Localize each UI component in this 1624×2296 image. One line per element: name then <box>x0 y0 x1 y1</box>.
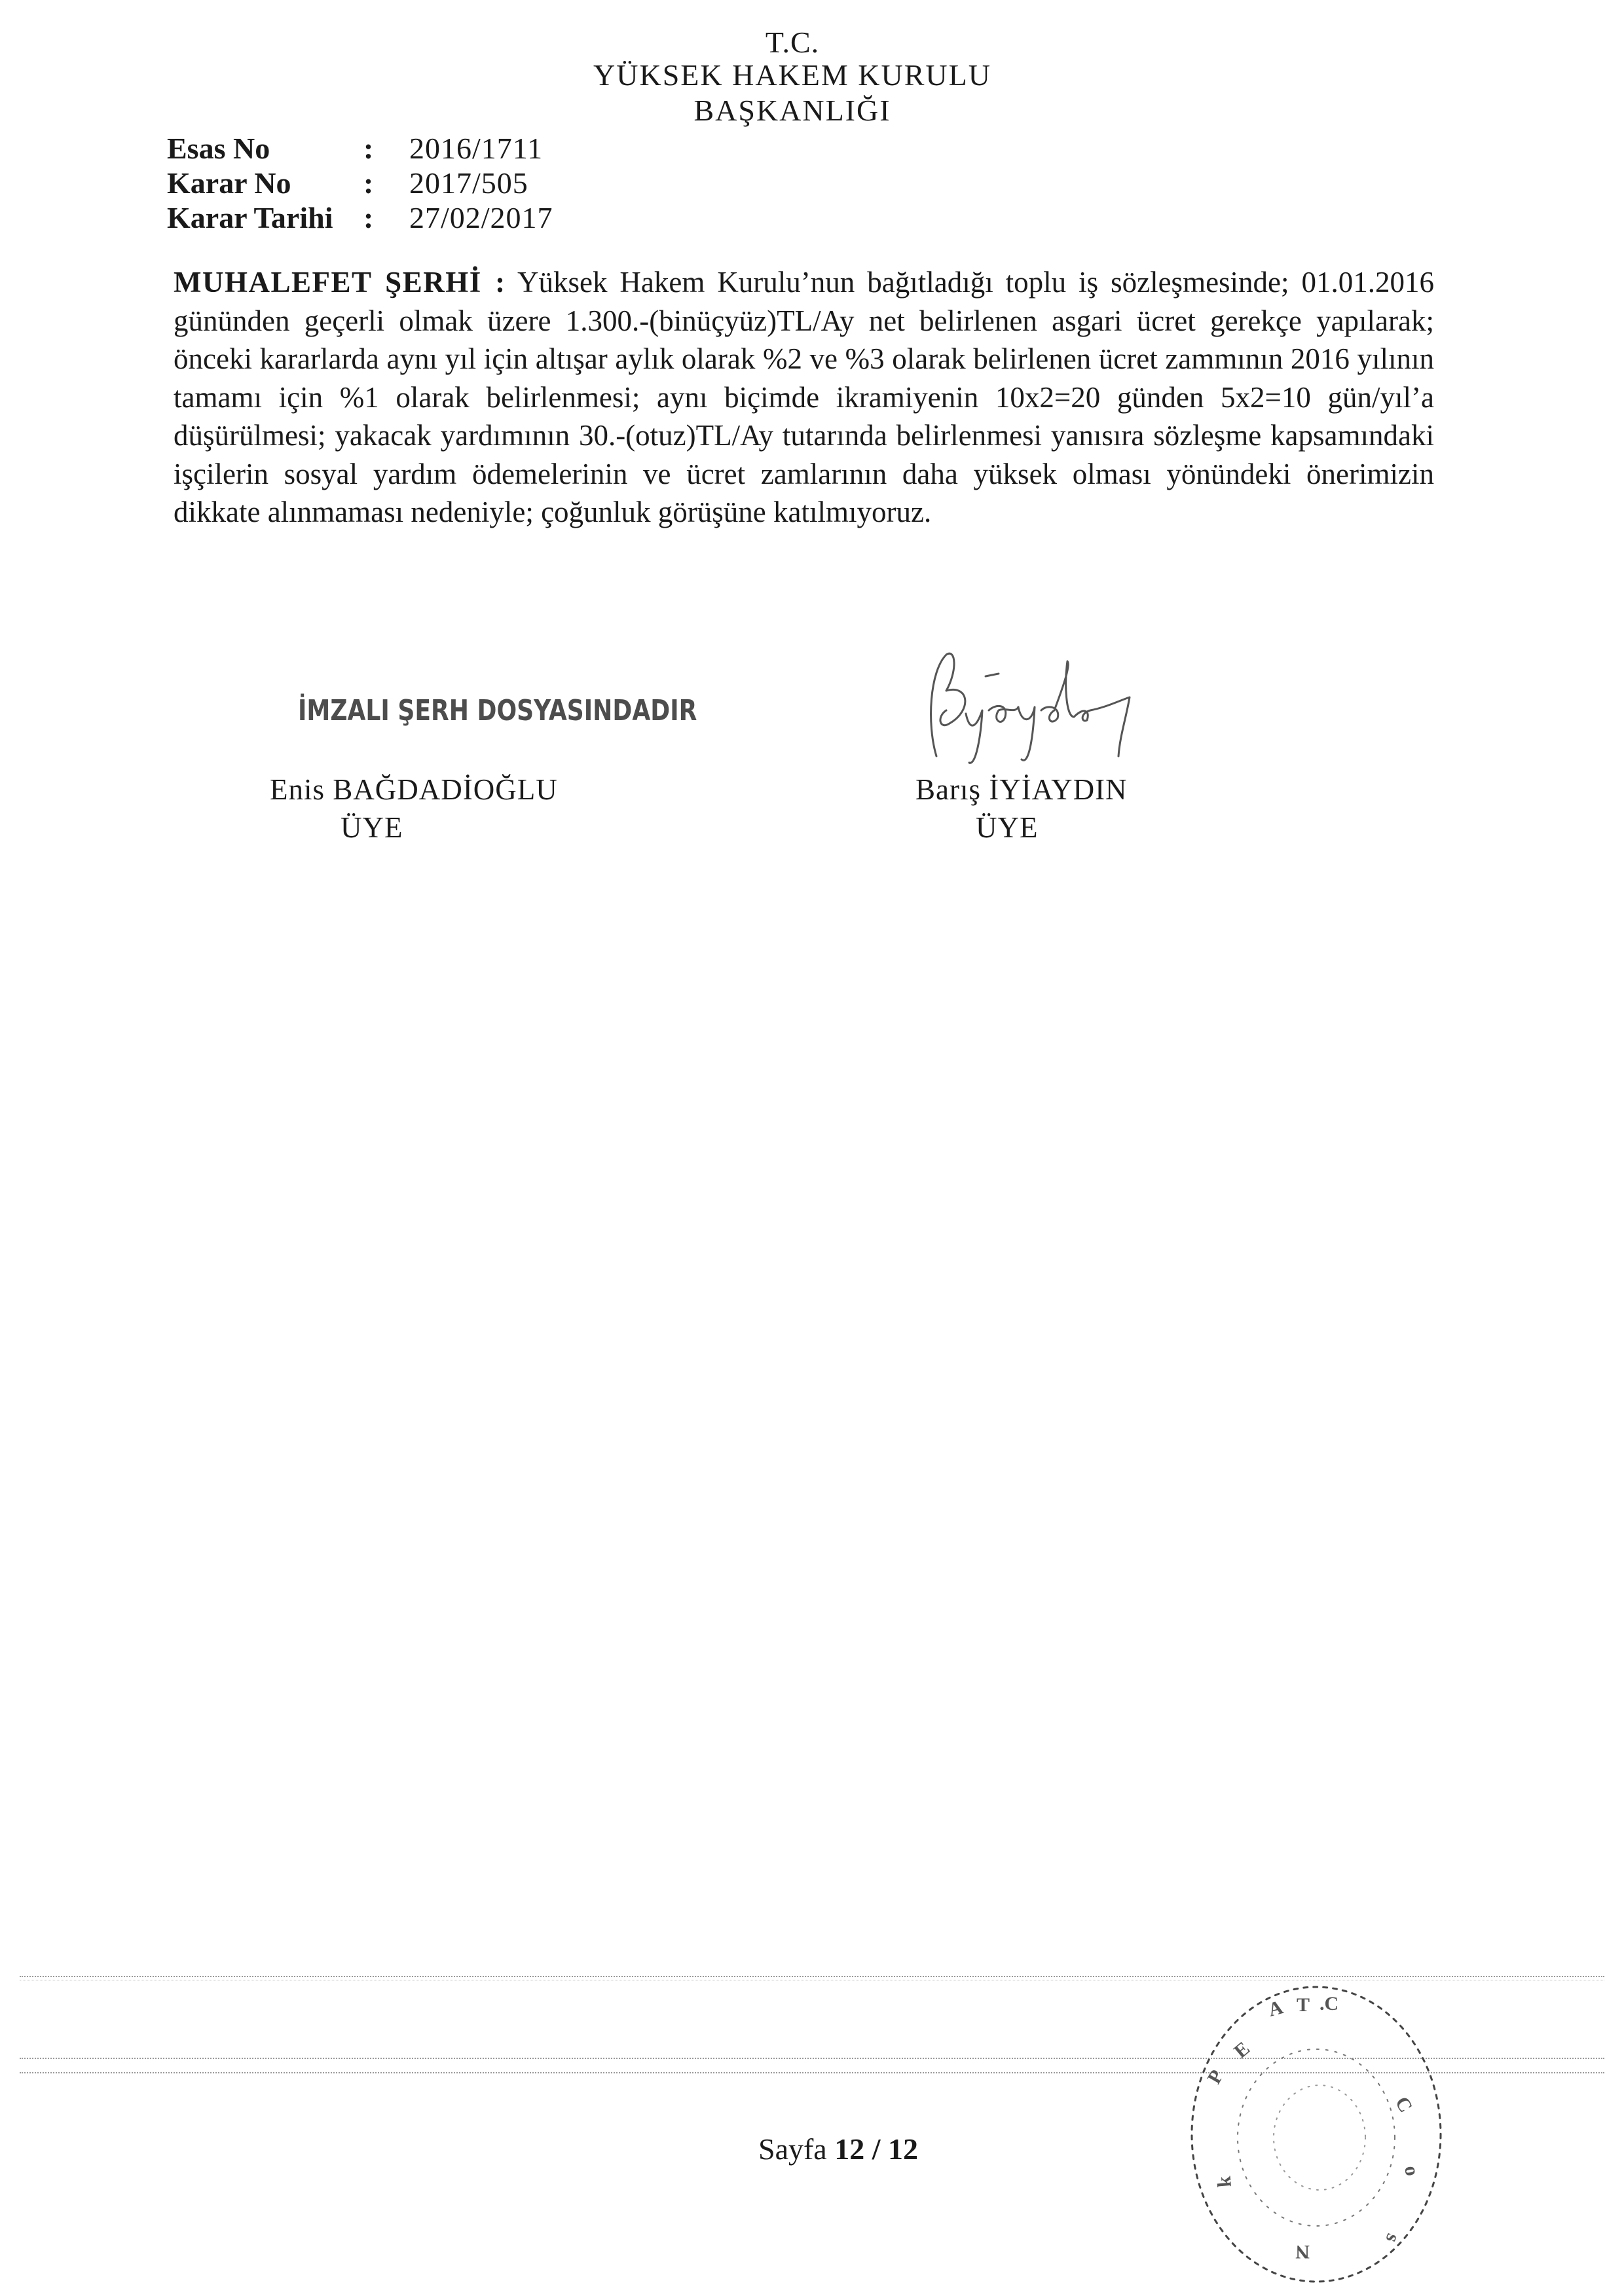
svg-text:o: o <box>1400 2164 1423 2178</box>
meta-label: Esas No <box>167 131 363 166</box>
svg-text:k: k <box>1213 2175 1236 2188</box>
meta-value: 27/02/2017 <box>409 200 553 235</box>
page-total: 12 <box>888 2132 918 2166</box>
page-current: 12 <box>834 2132 864 2166</box>
meta-row-karar-no: Karar No : 2017/505 <box>167 166 528 200</box>
header-organization: YÜKSEK HAKEM KURULU <box>0 58 1585 92</box>
meta-colon: : <box>363 131 409 166</box>
signed-dissent-stamp: İMZALI ŞERH DOSYASINDADIR <box>298 694 697 727</box>
svg-text:A: A <box>1266 1996 1285 2021</box>
official-seal-icon: A T .C P E C o s N k <box>1179 1971 1454 2291</box>
svg-text:.C: .C <box>1319 1993 1338 2014</box>
signatory-role-left: ÜYE <box>341 811 403 845</box>
meta-value: 2017/505 <box>409 166 528 200</box>
dissent-paragraph: MUHALEFET ŞERHİ : Yüksek Hakem Kurulu’nu… <box>174 263 1434 532</box>
dissent-heading: MUHALEFET ŞERHİ : <box>174 266 506 299</box>
page-prefix: Sayfa <box>758 2132 827 2166</box>
handwritten-signature-icon <box>910 645 1185 776</box>
meta-label: Karar No <box>167 166 363 200</box>
signatory-role-right: ÜYE <box>976 811 1038 845</box>
svg-text:P: P <box>1203 2066 1228 2087</box>
header-subtitle: BAŞKANLIĞI <box>0 93 1585 128</box>
dissent-text: Yüksek Hakem Kurulu’nun bağıtladığı topl… <box>174 266 1434 528</box>
svg-text:C: C <box>1391 2093 1416 2116</box>
header-tc: T.C. <box>0 25 1585 60</box>
svg-text:N: N <box>1295 2241 1310 2263</box>
signatory-name-left: Enis BAĞDADİOĞLU <box>270 773 558 807</box>
signatory-name-right: Barış İYİAYDIN <box>915 773 1128 807</box>
page-separator: / <box>872 2132 881 2166</box>
meta-value: 2016/1711 <box>409 131 543 166</box>
svg-text:E: E <box>1230 2037 1254 2062</box>
meta-colon: : <box>363 200 409 235</box>
meta-row-karar-tarihi: Karar Tarihi : 27/02/2017 <box>167 200 553 235</box>
meta-colon: : <box>363 166 409 200</box>
meta-label: Karar Tarihi <box>167 200 363 235</box>
svg-text:T: T <box>1297 1994 1310 2016</box>
meta-row-esas-no: Esas No : 2016/1711 <box>167 131 543 166</box>
svg-text:s: s <box>1381 2231 1404 2246</box>
